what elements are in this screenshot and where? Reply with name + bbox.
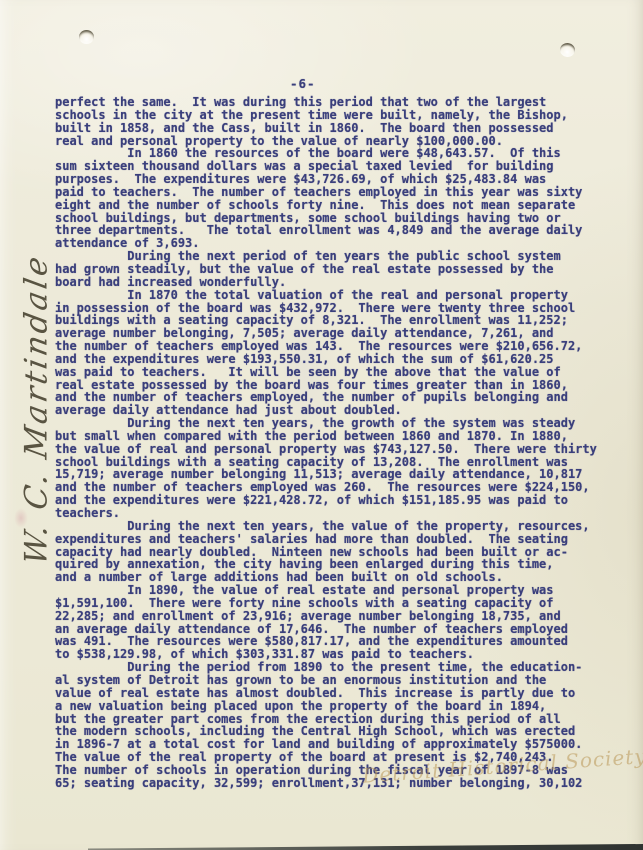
text-line: paid to teachers. The number of teachers… (55, 186, 635, 199)
text-line: $1,591,100. There were forty nine school… (55, 597, 635, 610)
text-line: 65; seating capacity, 32,599; enrollment… (55, 777, 635, 790)
punch-hole-left (79, 30, 94, 44)
text-line: perfect the same. It was during this per… (55, 96, 635, 109)
text-line: a new valuation being placed upon the pr… (55, 700, 635, 713)
punch-hole-right (559, 42, 576, 58)
scan-bottom-edge (88, 842, 643, 850)
text-line: In 1870 the total valuation of the real … (55, 289, 635, 302)
text-line: and the expenditures were $193,550.31, o… (55, 353, 635, 366)
text-line: the number of teachers employed was 143.… (55, 340, 635, 353)
text-line: teachers. (55, 507, 635, 520)
text-line: had grown steadily, but the value of the… (55, 263, 635, 276)
text-line: but small when compared with the period … (55, 430, 635, 443)
text-line: During the next ten years, the growth of… (55, 417, 635, 430)
text-line: the value of real and personal property … (55, 443, 635, 456)
text-line: and the expenditures were $221,428.72, o… (55, 494, 635, 507)
text-line: The number of schools in operation durin… (55, 764, 635, 777)
text-line: value of real estate has almost doubled.… (55, 687, 635, 700)
text-line: 22,285; and enrollment of 23,916; averag… (55, 610, 635, 623)
text-line: was paid to teachers. It will be seen by… (55, 366, 635, 379)
scanned-document-page: -6- perfect the same. It was during this… (0, 0, 643, 850)
handwritten-margin-signature: W. C. Martindale (19, 234, 63, 587)
text-line: expenditures and teachers' salaries had … (55, 533, 635, 546)
text-line: purposes. The expenditures were $43,726.… (55, 173, 635, 186)
text-line: In 1890, the value of real estate and pe… (55, 584, 635, 597)
text-line: al system of Detroit has grown to be an … (55, 674, 635, 687)
text-line: eight and the number of schools forty ni… (55, 199, 635, 212)
text-line: built in 1858, and the Cass, built in 18… (55, 122, 635, 135)
text-line: The value of the real property of the bo… (55, 751, 635, 764)
typewritten-text-body: perfect the same. It was during this per… (55, 96, 635, 790)
page-number: -6- (290, 76, 316, 91)
text-line: schools in the city at the present time … (55, 109, 635, 122)
text-line: During the next ten years, the value of … (55, 520, 635, 533)
text-line: board had increased wonderfully. (55, 276, 635, 289)
